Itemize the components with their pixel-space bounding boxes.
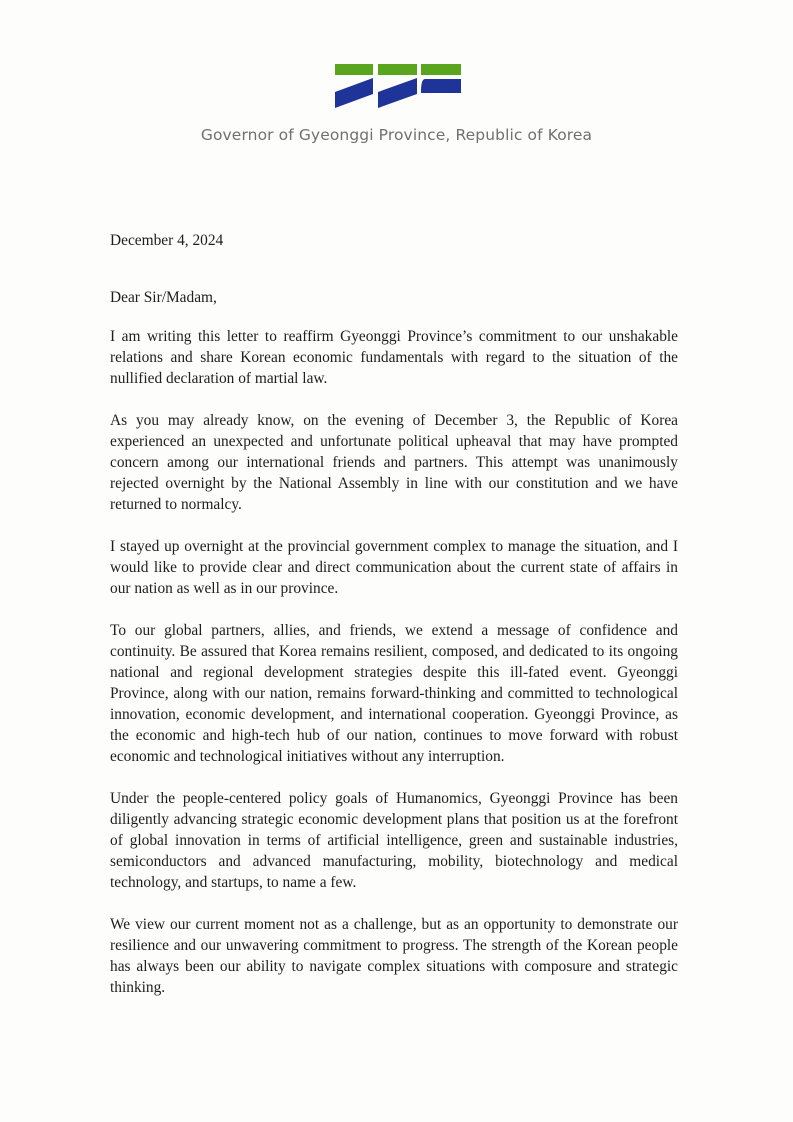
organization-title: Governor of Gyeonggi Province, Republic …: [0, 126, 793, 144]
salutation: Dear Sir/Madam,: [110, 287, 678, 308]
paragraph-2: As you may already know, on the evening …: [110, 410, 678, 515]
gyeonggi-logo-icon: [333, 62, 463, 110]
paragraph-3: I stayed up overnight at the provincial …: [110, 536, 678, 599]
paragraph-6: We view our current moment not as a chal…: [110, 914, 678, 998]
paragraph-5: Under the people-centered policy goals o…: [110, 788, 678, 893]
letter-date: December 4, 2024: [110, 230, 678, 251]
paragraph-4: To our global partners, allies, and frie…: [110, 620, 678, 767]
paragraph-1: I am writing this letter to reaffirm Gye…: [110, 326, 678, 389]
letter-body: December 4, 2024 Dear Sir/Madam, I am wr…: [110, 230, 678, 1019]
